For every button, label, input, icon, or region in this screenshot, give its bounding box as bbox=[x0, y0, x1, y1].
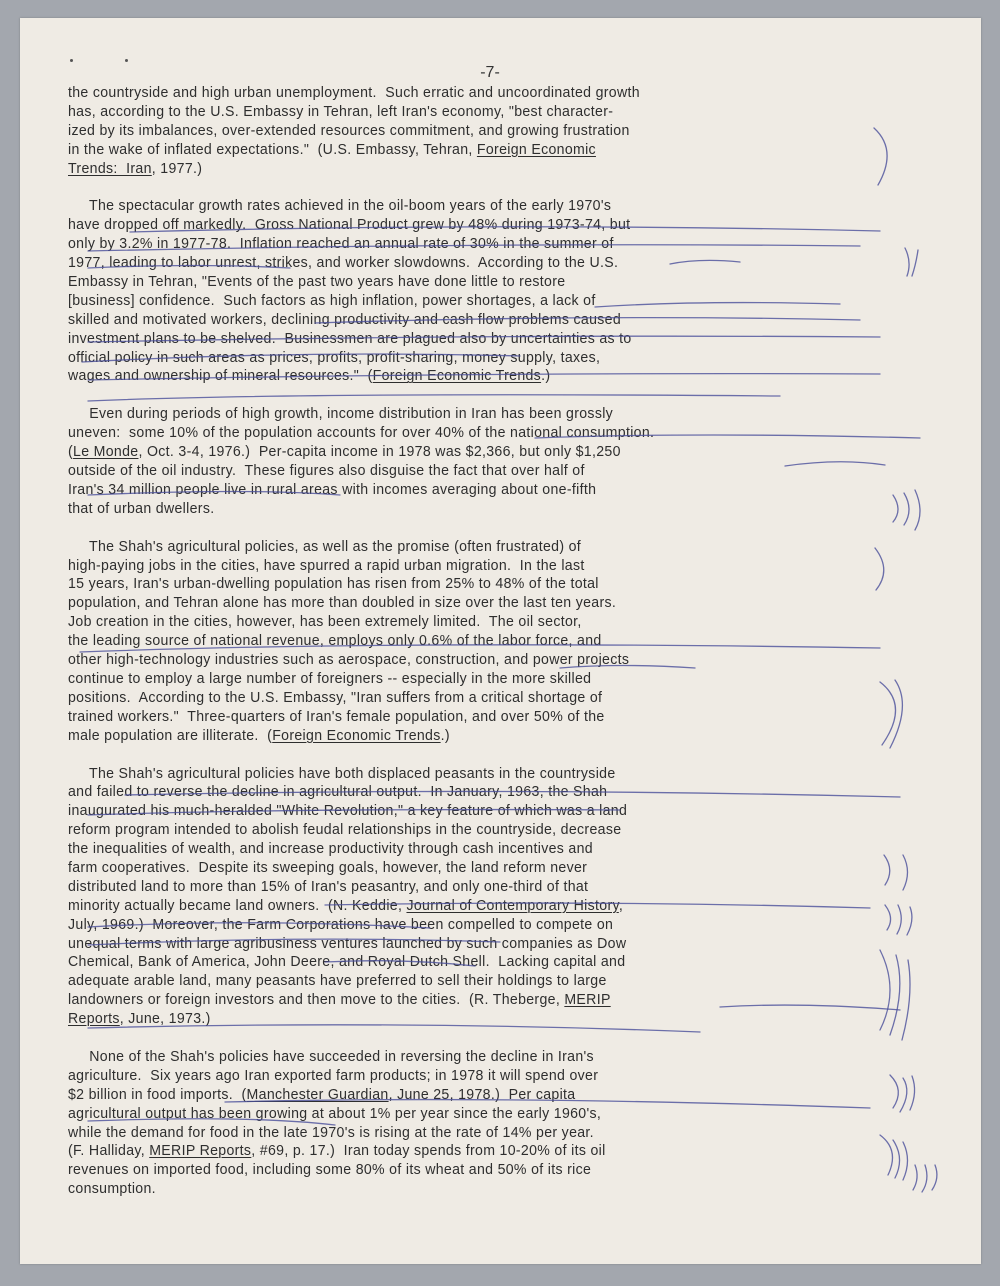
text-line: distributed land to more than 15% of Ira… bbox=[68, 878, 840, 897]
text-line: only by 3.2% in 1977-78. Inflation reach… bbox=[68, 235, 840, 254]
text-line: July, 1969.) Moreover, the Farm Corporat… bbox=[68, 916, 840, 935]
text-line: male population are illiterate. (Foreign… bbox=[68, 727, 840, 746]
text-line: and failed to reverse the decline in agr… bbox=[68, 783, 840, 802]
text-line: $2 billion in food imports. (Manchester … bbox=[68, 1086, 840, 1105]
citation-title: Trends: Iran bbox=[68, 160, 152, 177]
text-line: Reports, June, 1973.) bbox=[68, 1010, 840, 1029]
citation-title: MERIP bbox=[564, 991, 610, 1008]
paragraph: the countryside and high urban unemploym… bbox=[68, 84, 840, 178]
text-line: trained workers." Three-quarters of Iran… bbox=[68, 708, 840, 727]
text-line: outside of the oil industry. These figur… bbox=[68, 462, 840, 481]
paragraph: Even during periods of high growth, inco… bbox=[68, 405, 840, 518]
text-line: official policy in such areas as prices,… bbox=[68, 349, 840, 368]
page-number: -7- bbox=[0, 64, 990, 82]
text-line: unequal terms with large agribusiness ve… bbox=[68, 935, 840, 954]
text-line: in the wake of inflated expectations." (… bbox=[68, 141, 840, 160]
text-line: reform program intended to abolish feuda… bbox=[68, 821, 840, 840]
punch-mark bbox=[70, 59, 73, 62]
text-line: Iran's 34 million people live in rural a… bbox=[68, 481, 840, 500]
text-line: farm cooperatives. Despite its sweeping … bbox=[68, 859, 840, 878]
text-line: agricultural output has been growing at … bbox=[68, 1105, 840, 1124]
punch-mark bbox=[125, 59, 128, 62]
citation-title: MERIP Reports bbox=[149, 1142, 251, 1159]
text-line: 1977, leading to labor unrest, strikes, … bbox=[68, 254, 840, 273]
text-line: the leading source of national revenue, … bbox=[68, 632, 840, 651]
text-line: positions. According to the U.S. Embassy… bbox=[68, 689, 840, 708]
citation-title: Journal of Contemporary History bbox=[406, 897, 618, 914]
text-line: adequate arable land, many peasants have… bbox=[68, 972, 840, 991]
citation-title: Le Monde bbox=[73, 443, 138, 460]
citation-title: Foreign Economic Trends bbox=[272, 727, 440, 744]
paragraph: The spectacular growth rates achieved in… bbox=[68, 197, 840, 386]
text-line: high-paying jobs in the cities, have spu… bbox=[68, 557, 840, 576]
text-line: while the demand for food in the late 19… bbox=[68, 1124, 840, 1143]
text-line: inaugurated his much-heralded "White Rev… bbox=[68, 802, 840, 821]
text-line: Embassy in Tehran, "Events of the past t… bbox=[68, 273, 840, 292]
text-line: The Shah's agricultural policies have bo… bbox=[68, 765, 840, 784]
text-line: 15 years, Iran's urban-dwelling populati… bbox=[68, 575, 840, 594]
text-line: None of the Shah's policies have succeed… bbox=[68, 1048, 840, 1067]
body-text: the countryside and high urban unemploym… bbox=[68, 84, 840, 1199]
text-line: that of urban dwellers. bbox=[68, 500, 840, 519]
text-line: consumption. bbox=[68, 1180, 840, 1199]
text-line: has, according to the U.S. Embassy in Te… bbox=[68, 103, 840, 122]
text-line: Even during periods of high growth, inco… bbox=[68, 405, 840, 424]
text-line: The spectacular growth rates achieved in… bbox=[68, 197, 840, 216]
text-line: agriculture. Six years ago Iran exported… bbox=[68, 1067, 840, 1086]
text-line: other high-technology industries such as… bbox=[68, 651, 840, 670]
text-line: the countryside and high urban unemploym… bbox=[68, 84, 840, 103]
citation-title: Manchester Guardian bbox=[247, 1086, 389, 1103]
text-line: investment plans to be shelved. Business… bbox=[68, 330, 840, 349]
citation-title: Reports bbox=[68, 1010, 120, 1027]
text-line: Chemical, Bank of America, John Deere, a… bbox=[68, 953, 840, 972]
text-line: The Shah's agricultural policies, as wel… bbox=[68, 538, 840, 557]
paragraph: The Shah's agricultural policies, as wel… bbox=[68, 538, 840, 746]
text-line: [business] confidence. Such factors as h… bbox=[68, 292, 840, 311]
paragraph: The Shah's agricultural policies have bo… bbox=[68, 765, 840, 1029]
citation-title: Foreign Economic Trends bbox=[373, 367, 541, 384]
text-line: landowners or foreign investors and then… bbox=[68, 991, 840, 1010]
paragraph: None of the Shah's policies have succeed… bbox=[68, 1048, 840, 1199]
text-line: population, and Tehran alone has more th… bbox=[68, 594, 840, 613]
text-line: wages and ownership of mineral resources… bbox=[68, 367, 840, 386]
text-line: Job creation in the cities, however, has… bbox=[68, 613, 840, 632]
text-line: skilled and motivated workers, declining… bbox=[68, 311, 840, 330]
text-line: ized by its imbalances, over-extended re… bbox=[68, 122, 840, 141]
text-line: minority actually became land owners. (N… bbox=[68, 897, 840, 916]
text-line: (F. Halliday, MERIP Reports, #69, p. 17.… bbox=[68, 1142, 840, 1161]
text-line: continue to employ a large number of for… bbox=[68, 670, 840, 689]
citation-title: Foreign Economic bbox=[477, 141, 596, 158]
text-line: revenues on imported food, including som… bbox=[68, 1161, 840, 1180]
text-line: uneven: some 10% of the population accou… bbox=[68, 424, 840, 443]
text-line: the inequalities of wealth, and increase… bbox=[68, 840, 840, 859]
text-line: Trends: Iran, 1977.) bbox=[68, 160, 840, 179]
text-line: have dropped off markedly. Gross Nationa… bbox=[68, 216, 840, 235]
text-line: (Le Monde, Oct. 3-4, 1976.) Per-capita i… bbox=[68, 443, 840, 462]
